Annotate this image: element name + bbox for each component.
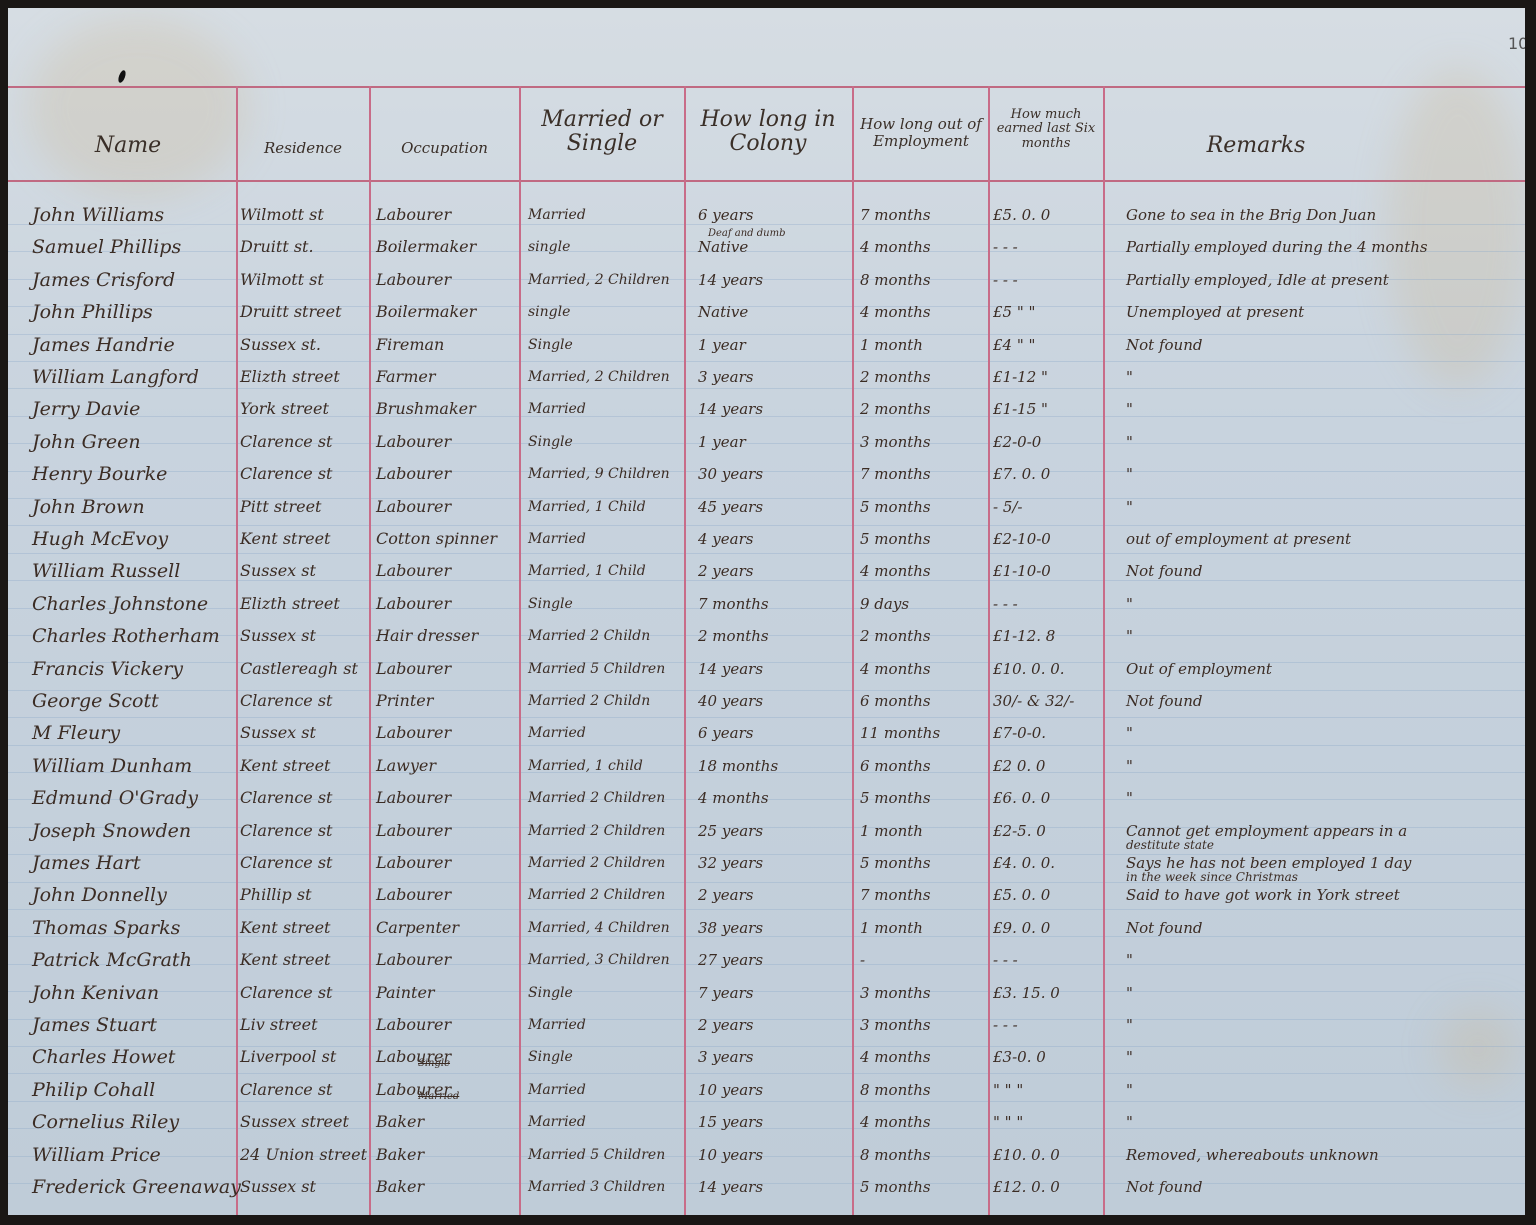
row-married-status: Married, 2 Children <box>528 267 688 293</box>
row-residence: Clarence st <box>240 850 370 876</box>
table-row: William RussellSussex stLabourerMarried,… <box>8 558 1525 584</box>
row-residence: Sussex st <box>240 558 370 584</box>
row-occupation: Fireman <box>376 332 521 358</box>
row-time-out-of-employment: 5 months <box>860 494 992 520</box>
row-occupation: Labourer <box>376 947 521 973</box>
row-remarks: " <box>1126 753 1525 779</box>
row-married-status: Married <box>528 720 688 746</box>
row-amount-earned: £5. 0. 0 <box>993 202 1111 228</box>
row-occupation: Labourer <box>376 461 521 487</box>
row-amount-earned: £6. 0. 0 <box>993 785 1111 811</box>
row-remarks: " <box>1126 1012 1525 1038</box>
row-name: William Dunham <box>32 753 237 779</box>
row-amount-earned: £10. 0. 0 <box>993 1142 1111 1168</box>
row-occupation: Labourer <box>376 494 521 520</box>
row-name: James Handrie <box>32 332 237 358</box>
row-time-out-of-employment: 3 months <box>860 980 992 1006</box>
row-amount-earned: - - - <box>993 267 1111 293</box>
row-time-in-colony: 1 year <box>698 332 848 358</box>
header-married-or-single: Married or Single <box>524 108 680 156</box>
row-name: Frederick Greenaway <box>32 1174 237 1200</box>
row-occupation: Farmer <box>376 364 521 390</box>
row-name: M Fleury <box>32 720 237 746</box>
row-time-in-colony: 4 years <box>698 526 848 552</box>
row-remarks: " <box>1126 623 1525 649</box>
row-time-in-colony: 3 years <box>698 364 848 390</box>
row-time-out-of-employment: 5 months <box>860 1174 992 1200</box>
row-residence: Clarence st <box>240 785 370 811</box>
row-time-in-colony: 27 years <box>698 947 848 973</box>
row-remarks: Not found <box>1126 688 1525 714</box>
table-row: William LangfordElizth streetFarmerMarri… <box>8 364 1525 390</box>
row-residence: Kent street <box>240 526 370 552</box>
row-amount-earned: £12. 0. 0 <box>993 1174 1111 1200</box>
row-time-out-of-employment: 7 months <box>860 202 992 228</box>
struck-out-text: Single <box>418 1058 450 1069</box>
row-amount-earned: £3-0. 0 <box>993 1044 1111 1070</box>
row-amount-earned: £1-12. 8 <box>993 623 1111 649</box>
row-remarks: " <box>1126 1044 1525 1070</box>
row-time-in-colony: 4 months <box>698 785 848 811</box>
table-row: Philip CohallClarence stLabourerMarried1… <box>8 1077 1525 1103</box>
row-time-in-colony: 1 year <box>698 429 848 455</box>
row-time-out-of-employment: 2 months <box>860 623 992 649</box>
row-time-out-of-employment: 4 months <box>860 1109 992 1135</box>
row-name: John Phillips <box>32 299 237 325</box>
struck-out-text: Married <box>418 1091 459 1102</box>
row-time-in-colony: 6 years <box>698 720 848 746</box>
row-occupation: Carpenter <box>376 915 521 941</box>
row-time-out-of-employment: 8 months <box>860 267 992 293</box>
row-name: Hugh McEvoy <box>32 526 237 552</box>
row-occupation: Boilermaker <box>376 234 521 260</box>
row-married-status: Married <box>528 1012 688 1038</box>
header-residence: Residence <box>240 140 366 157</box>
row-remarks: " <box>1126 947 1525 973</box>
row-amount-earned: " " " <box>993 1109 1111 1135</box>
row-married-status: Married 3 Children <box>528 1174 688 1200</box>
row-residence: Sussex st <box>240 720 370 746</box>
row-amount-earned: £10. 0. 0. <box>993 656 1111 682</box>
row-time-in-colony: 10 years <box>698 1077 848 1103</box>
row-time-out-of-employment: 1 month <box>860 915 992 941</box>
row-married-status: Married, 2 Children <box>528 364 688 390</box>
header-how-long-in-colony: How long in Colony <box>688 108 848 156</box>
row-occupation: Labourer <box>376 429 521 455</box>
row-remarks: out of employment at present <box>1126 526 1525 552</box>
row-residence: Elizth street <box>240 591 370 617</box>
row-remarks: Not found <box>1126 1174 1525 1200</box>
row-occupation: Labourer <box>376 850 521 876</box>
table-row: William DunhamKent streetLawyerMarried, … <box>8 753 1525 779</box>
row-residence: 24 Union street <box>240 1142 370 1168</box>
row-time-out-of-employment: 4 months <box>860 558 992 584</box>
row-occupation: Labourer <box>376 202 521 228</box>
row-time-out-of-employment: 1 month <box>860 818 992 844</box>
row-remarks: " <box>1126 980 1525 1006</box>
table-row: Joseph SnowdenClarence stLabourerMarried… <box>8 818 1525 844</box>
row-amount-earned: - - - <box>993 1012 1111 1038</box>
row-occupation: Labourer <box>376 818 521 844</box>
row-amount-earned: £7-0-0. <box>993 720 1111 746</box>
row-name: William Price <box>32 1142 237 1168</box>
row-married-status: Married 2 Childn <box>528 623 688 649</box>
row-name: Edmund O'Grady <box>32 785 237 811</box>
row-time-out-of-employment: 3 months <box>860 1012 992 1038</box>
table-row: John PhillipsDruitt streetBoilermakersin… <box>8 299 1525 325</box>
row-remarks: Not found <box>1126 558 1525 584</box>
row-residence: Clarence st <box>240 1077 370 1103</box>
row-name: Charles Johnstone <box>32 591 237 617</box>
row-occupation: Labourer <box>376 1012 521 1038</box>
row-name: Patrick McGrath <box>32 947 237 973</box>
colony-annotation: Deaf and dumb <box>708 228 786 239</box>
row-married-status: Married <box>528 526 688 552</box>
row-time-in-colony: 3 years <box>698 1044 848 1070</box>
row-remarks: " <box>1126 591 1525 617</box>
row-married-status: Married 2 Children <box>528 850 688 876</box>
row-occupation: Cotton spinner <box>376 526 521 552</box>
row-time-in-colony: 14 years <box>698 656 848 682</box>
table-row: Frederick GreenawaySussex stBakerMarried… <box>8 1174 1525 1200</box>
row-name: James Stuart <box>32 1012 237 1038</box>
row-residence: Wilmott st <box>240 267 370 293</box>
row-name: Samuel Phillips <box>32 234 237 260</box>
row-amount-earned: £4 " " <box>993 332 1111 358</box>
table-row: Hugh McEvoyKent streetCotton spinnerMarr… <box>8 526 1525 552</box>
row-time-in-colony: 40 years <box>698 688 848 714</box>
header-how-long-out-of-employment: How long out of Employment <box>854 116 988 149</box>
table-row: James CrisfordWilmott stLabourerMarried,… <box>8 267 1525 293</box>
row-name: John Brown <box>32 494 237 520</box>
row-time-out-of-employment: 3 months <box>860 429 992 455</box>
row-residence: Druitt st. <box>240 234 370 260</box>
row-time-in-colony: 10 years <box>698 1142 848 1168</box>
row-occupation: Boilermaker <box>376 299 521 325</box>
row-time-in-colony: 2 years <box>698 1012 848 1038</box>
row-married-status: Married <box>528 1077 688 1103</box>
row-occupation: Labourer <box>376 558 521 584</box>
table-row: George ScottClarence stPrinterMarried 2 … <box>8 688 1525 714</box>
row-time-out-of-employment: 8 months <box>860 1142 992 1168</box>
row-amount-earned: £7. 0. 0 <box>993 461 1111 487</box>
row-time-out-of-employment: 6 months <box>860 753 992 779</box>
row-residence: Clarence st <box>240 818 370 844</box>
row-amount-earned: 30/- & 32/- <box>993 688 1111 714</box>
row-time-in-colony: 2 months <box>698 623 848 649</box>
row-married-status: Married, 4 Children <box>528 915 688 941</box>
table-row: James StuartLiv streetLabourerMarried2 y… <box>8 1012 1525 1038</box>
row-name: John Kenivan <box>32 980 237 1006</box>
row-occupation: Labourer <box>376 785 521 811</box>
row-time-in-colony: 18 months <box>698 753 848 779</box>
row-residence: Pitt street <box>240 494 370 520</box>
row-remarks: " <box>1126 494 1525 520</box>
row-amount-earned: £2-10-0 <box>993 526 1111 552</box>
table-row: Cornelius RileySussex streetBakerMarried… <box>8 1109 1525 1135</box>
row-time-out-of-employment: 4 months <box>860 1044 992 1070</box>
table-row: Jerry DavieYork streetBrushmakerMarried1… <box>8 396 1525 422</box>
row-time-in-colony: 6 years <box>698 202 848 228</box>
row-married-status: Married 2 Childn <box>528 688 688 714</box>
row-amount-earned: £2-5. 0 <box>993 818 1111 844</box>
row-remarks: " <box>1126 396 1525 422</box>
row-residence: Phillip st <box>240 882 370 908</box>
table-row: Charles JohnstoneElizth streetLabourerSi… <box>8 591 1525 617</box>
row-married-status: Married 5 Children <box>528 1142 688 1168</box>
row-occupation: Labourer <box>376 656 521 682</box>
row-name: John Williams <box>32 202 237 228</box>
row-time-out-of-employment: 2 months <box>860 364 992 390</box>
row-remarks: Partially employed during the 4 months <box>1126 234 1525 260</box>
row-residence: Wilmott st <box>240 202 370 228</box>
row-time-out-of-employment: 5 months <box>860 785 992 811</box>
row-amount-earned: £2-0-0 <box>993 429 1111 455</box>
row-time-out-of-employment: 7 months <box>860 461 992 487</box>
row-time-out-of-employment: 2 months <box>860 396 992 422</box>
table-row: John KenivanClarence stPainterSingle7 ye… <box>8 980 1525 1006</box>
row-remarks: Gone to sea in the Brig Don Juan <box>1126 202 1525 228</box>
row-time-in-colony: 45 years <box>698 494 848 520</box>
table-row: William Price24 Union streetBakerMarried… <box>8 1142 1525 1168</box>
row-name: John Donnelly <box>32 882 237 908</box>
table-row: James HartClarence stLabourerMarried 2 C… <box>8 850 1525 876</box>
row-occupation: Hair dresser <box>376 623 521 649</box>
table-row: Thomas SparksKent streetCarpenterMarried… <box>8 915 1525 941</box>
row-time-out-of-employment: 1 month <box>860 332 992 358</box>
row-married-status: Single <box>528 429 688 455</box>
row-amount-earned: £1-15 " <box>993 396 1111 422</box>
row-name: James Crisford <box>32 267 237 293</box>
row-remarks: Partially employed, Idle at present <box>1126 267 1525 293</box>
table-row: Francis VickeryCastlereagh stLabourerMar… <box>8 656 1525 682</box>
row-time-in-colony: 14 years <box>698 396 848 422</box>
row-time-in-colony: 2 years <box>698 882 848 908</box>
table-row: Charles HowetLiverpool stLabourerSingle3… <box>8 1044 1525 1070</box>
table-row: Henry BourkeClarence stLabourerMarried, … <box>8 461 1525 487</box>
row-remarks: Unemployed at present <box>1126 299 1525 325</box>
row-married-status: single <box>528 299 688 325</box>
row-time-out-of-employment: 8 months <box>860 1077 992 1103</box>
row-remarks: " <box>1126 429 1525 455</box>
row-remarks: Out of employment <box>1126 656 1525 682</box>
row-amount-earned: £3. 15. 0 <box>993 980 1111 1006</box>
row-remarks: Said to have got work in York street <box>1126 882 1525 908</box>
row-married-status: Married, 1 Child <box>528 558 688 584</box>
row-remarks: " <box>1126 785 1525 811</box>
row-married-status: Married 2 Children <box>528 818 688 844</box>
row-amount-earned: £9. 0. 0 <box>993 915 1111 941</box>
row-occupation: Labourer <box>376 720 521 746</box>
row-name: Philip Cohall <box>32 1077 237 1103</box>
table-row: John DonnellyPhillip stLabourerMarried 2… <box>8 882 1525 908</box>
table-row: M FleurySussex stLabourerMarried6 years1… <box>8 720 1525 746</box>
row-married-status: Single <box>528 332 688 358</box>
row-time-out-of-employment: 7 months <box>860 882 992 908</box>
row-amount-earned: £1-10-0 <box>993 558 1111 584</box>
row-residence: Kent street <box>240 753 370 779</box>
row-occupation: Baker <box>376 1142 521 1168</box>
row-time-in-colony: 14 years <box>698 267 848 293</box>
row-time-out-of-employment: - <box>860 947 992 973</box>
row-time-in-colony: 2 years <box>698 558 848 584</box>
row-name: Cornelius Riley <box>32 1109 237 1135</box>
row-remarks: " <box>1126 1109 1525 1135</box>
table-row: John BrownPitt streetLabourerMarried, 1 … <box>8 494 1525 520</box>
row-time-in-colony: 30 years <box>698 461 848 487</box>
row-time-out-of-employment: 4 months <box>860 299 992 325</box>
row-residence: Sussex st <box>240 1174 370 1200</box>
row-married-status: single <box>528 234 688 260</box>
row-occupation: Baker <box>376 1174 521 1200</box>
row-remarks: " <box>1126 1077 1525 1103</box>
row-name: Jerry Davie <box>32 396 237 422</box>
row-residence: Sussex street <box>240 1109 370 1135</box>
row-time-out-of-employment: 4 months <box>860 656 992 682</box>
row-name: Henry Bourke <box>32 461 237 487</box>
header-occupation: Occupation <box>373 140 516 157</box>
row-name: George Scott <box>32 688 237 714</box>
table-row: James HandrieSussex st.FiremanSingle1 ye… <box>8 332 1525 358</box>
row-amount-earned: - - - <box>993 591 1111 617</box>
row-time-out-of-employment: 6 months <box>860 688 992 714</box>
row-occupation: Labourer <box>376 591 521 617</box>
row-residence: Sussex st. <box>240 332 370 358</box>
row-time-in-colony: 7 months <box>698 591 848 617</box>
row-married-status: Married 2 Children <box>528 785 688 811</box>
row-residence: Clarence st <box>240 461 370 487</box>
row-occupation: Labourer <box>376 267 521 293</box>
row-amount-earned: £5 " " <box>993 299 1111 325</box>
row-name: William Russell <box>32 558 237 584</box>
row-amount-earned: - - - <box>993 234 1111 260</box>
row-married-status: Married <box>528 202 688 228</box>
row-residence: Liv street <box>240 1012 370 1038</box>
header-remarks: Remarks <box>1106 134 1406 158</box>
row-occupation: Printer <box>376 688 521 714</box>
row-remarks: Removed, whereabouts unknown <box>1126 1142 1525 1168</box>
row-residence: Clarence st <box>240 980 370 1006</box>
header-name: Name <box>28 134 228 158</box>
row-residence: Liverpool st <box>240 1044 370 1070</box>
row-remarks: " <box>1126 720 1525 746</box>
row-amount-earned: £1-12 " <box>993 364 1111 390</box>
table-row: Patrick McGrathKent streetLabourerMarrie… <box>8 947 1525 973</box>
row-married-status: Single <box>528 1044 688 1070</box>
row-amount-earned: £5. 0. 0 <box>993 882 1111 908</box>
row-married-status: Married <box>528 396 688 422</box>
row-name: James Hart <box>32 850 237 876</box>
table-row: John WilliamsWilmott stLabourerMarried6 … <box>8 202 1525 228</box>
ledger-page: 10 Name Residence Occupation Married or … <box>8 8 1525 1215</box>
row-residence: Clarence st <box>240 688 370 714</box>
row-name: John Green <box>32 429 237 455</box>
row-residence: Elizth street <box>240 364 370 390</box>
row-married-status: Single <box>528 980 688 1006</box>
row-time-in-colony: 38 years <box>698 915 848 941</box>
row-amount-earned: £2 0. 0 <box>993 753 1111 779</box>
row-occupation: Baker <box>376 1109 521 1135</box>
row-time-in-colony: 25 years <box>698 818 848 844</box>
row-married-status: Married 2 Children <box>528 882 688 908</box>
row-time-out-of-employment: 11 months <box>860 720 992 746</box>
row-residence: York street <box>240 396 370 422</box>
row-name: Joseph Snowden <box>32 818 237 844</box>
row-occupation: Painter <box>376 980 521 1006</box>
header-how-much-earned: How much earned last Six months <box>990 108 1102 151</box>
row-amount-earned: " " " <box>993 1077 1111 1103</box>
row-residence: Druitt street <box>240 299 370 325</box>
row-amount-earned: £4. 0. 0. <box>993 850 1111 876</box>
table-row: Samuel PhillipsDruitt st.Boilermakersing… <box>8 234 1525 260</box>
row-married-status: Married, 3 Children <box>528 947 688 973</box>
row-time-out-of-employment: 5 months <box>860 850 992 876</box>
row-name: William Langford <box>32 364 237 390</box>
row-time-in-colony: 32 years <box>698 850 848 876</box>
row-residence: Castlereagh st <box>240 656 370 682</box>
table-row: John GreenClarence stLabourerSingle1 yea… <box>8 429 1525 455</box>
row-occupation: Labourer <box>376 882 521 908</box>
row-amount-earned: - 5/- <box>993 494 1111 520</box>
row-time-out-of-employment: 4 months <box>860 234 992 260</box>
row-time-in-colony: 15 years <box>698 1109 848 1135</box>
row-remarks: " <box>1126 461 1525 487</box>
row-remarks: Not found <box>1126 915 1525 941</box>
row-married-status: Married <box>528 1109 688 1135</box>
row-remarks: " <box>1126 364 1525 390</box>
row-name: Thomas Sparks <box>32 915 237 941</box>
row-married-status: Married, 9 Children <box>528 461 688 487</box>
row-residence: Sussex st <box>240 623 370 649</box>
row-remarks: Not found <box>1126 332 1525 358</box>
row-name: Charles Rotherham <box>32 623 237 649</box>
row-residence: Clarence st <box>240 429 370 455</box>
row-married-status: Married 5 Children <box>528 656 688 682</box>
table-row: Edmund O'GradyClarence stLabourerMarried… <box>8 785 1525 811</box>
table-row: Charles RotherhamSussex stHair dresserMa… <box>8 623 1525 649</box>
row-time-out-of-employment: 5 months <box>860 526 992 552</box>
row-married-status: Single <box>528 591 688 617</box>
row-name: Francis Vickery <box>32 656 237 682</box>
page-number: 10 <box>1508 34 1525 53</box>
row-residence: Kent street <box>240 915 370 941</box>
row-amount-earned: - - - <box>993 947 1111 973</box>
row-married-status: Married, 1 child <box>528 753 688 779</box>
row-time-out-of-employment: 9 days <box>860 591 992 617</box>
row-time-in-colony: 14 years <box>698 1174 848 1200</box>
row-time-in-colony: Native <box>698 299 848 325</box>
row-time-in-colony: 7 years <box>698 980 848 1006</box>
row-occupation: Lawyer <box>376 753 521 779</box>
row-occupation: Brushmaker <box>376 396 521 422</box>
row-residence: Kent street <box>240 947 370 973</box>
row-married-status: Married, 1 Child <box>528 494 688 520</box>
row-name: Charles Howet <box>32 1044 237 1070</box>
paper-stain <box>28 18 248 198</box>
